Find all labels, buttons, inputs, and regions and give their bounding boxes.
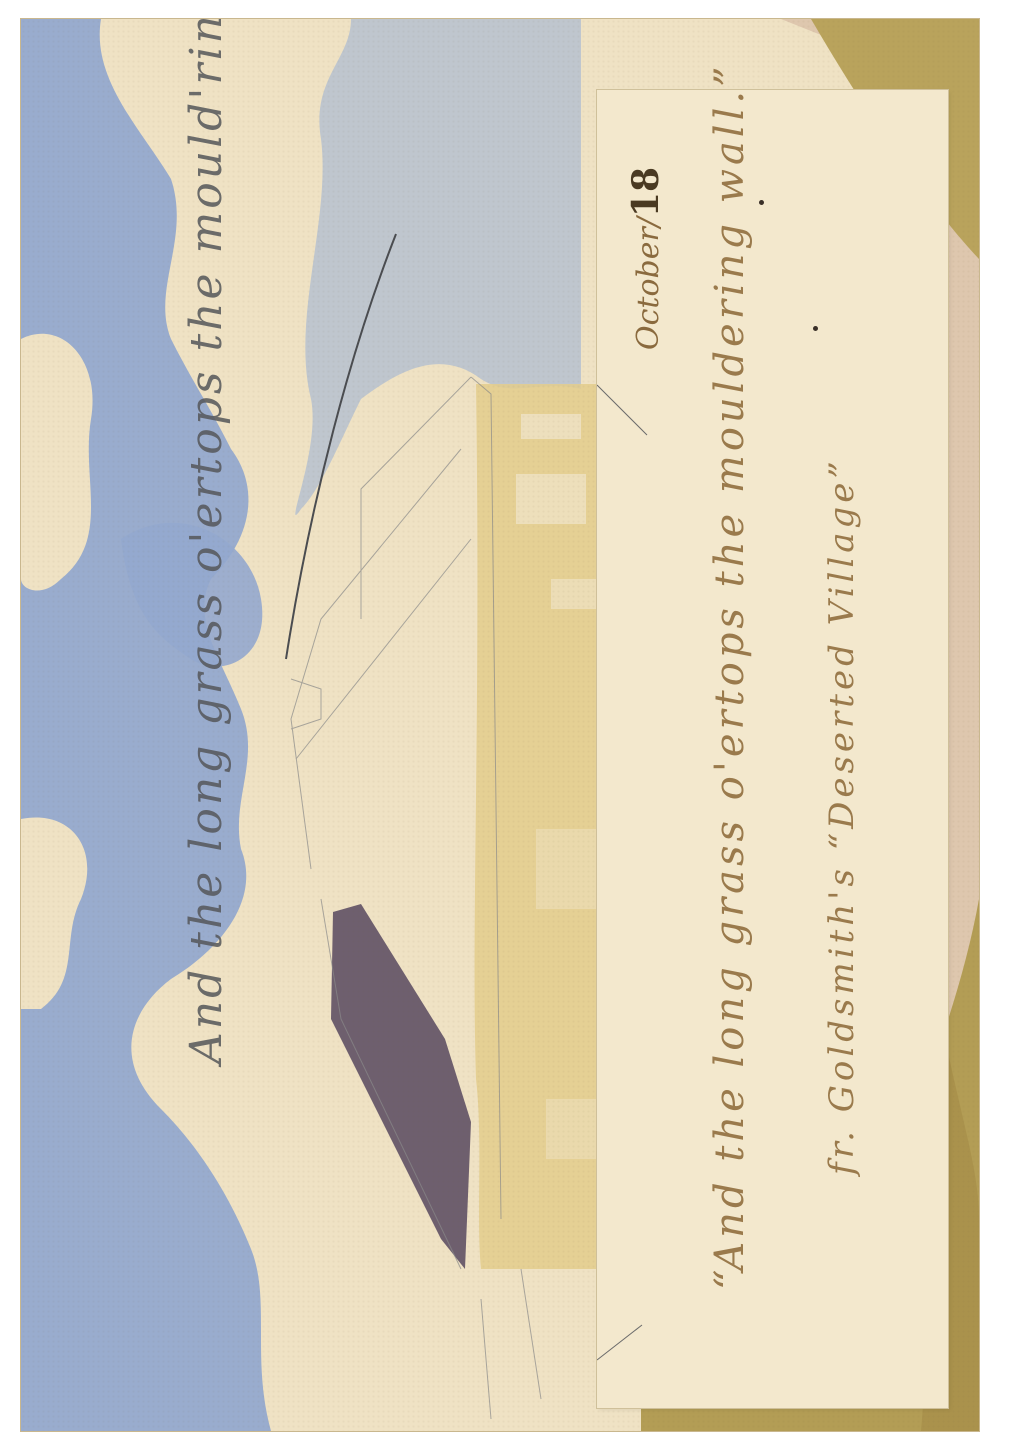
window — [546, 1099, 596, 1159]
close-quote: ” — [707, 62, 753, 86]
window — [551, 579, 596, 609]
window — [536, 829, 596, 909]
pencil-inscription: And the long grass o'ertops the mould'ri… — [181, 19, 232, 1064]
pencil-slash-marks — [597, 90, 948, 1408]
watercolor-sheet: And the long grass o'ertops the mould'ri… — [21, 19, 979, 1431]
window — [516, 474, 586, 524]
roof-shadow — [331, 904, 471, 1269]
cloud-patch — [21, 334, 93, 591]
window — [521, 414, 581, 439]
pasted-caption-label: October/18 “And the long grass o'ertops … — [597, 90, 948, 1408]
sky-wash — [21, 19, 271, 1431]
